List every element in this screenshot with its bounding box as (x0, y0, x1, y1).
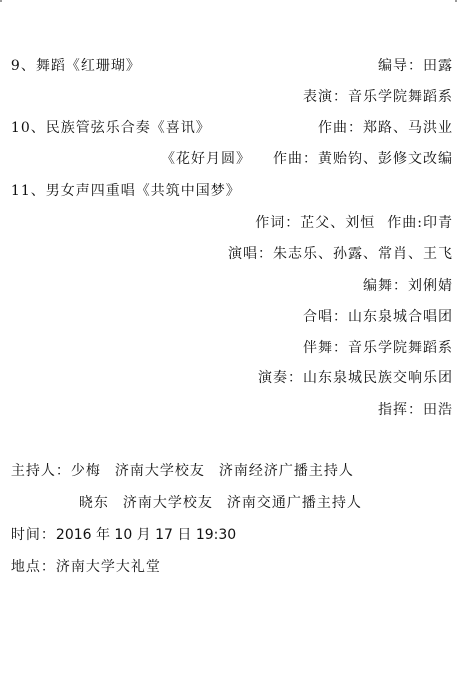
program-item-11-choreographer: 编舞：刘俐婧 (0, 256, 453, 276)
host-row-2: 晓东济南大学校友济南交通广播主持人 (0, 473, 457, 493)
program-item-9-performer: 表演：音乐学院舞蹈系 (0, 67, 453, 87)
credit-label: 指挥： (378, 400, 423, 420)
program-item-10-sub-piece: 《花好月圆》作曲：黄贻钧、彭修文改编 (0, 129, 453, 149)
program-item-11-orchestra: 演奏：山东泉城民族交响乐团 (0, 348, 453, 368)
venue-value: 济南大学大礼堂 (56, 557, 161, 577)
program-item-11-heading: 11、男女声四重唱《共筑中国梦》 (0, 161, 453, 181)
program-item-9-choreographer: 编导：田露 (0, 36, 453, 56)
event-time: 时间：2016 年 10 月 17 日 19:30 (0, 505, 453, 525)
program-item-11-conductor: 指挥：田浩 (0, 380, 453, 400)
host-row-1: 主持人：少梅济南大学校友济南经济广播主持人 (0, 441, 453, 461)
program-item-11-lyrics-music: 作词：芷父、刘恒作曲:印青 (0, 193, 453, 213)
program-item-11-dancers: 伴舞：音乐学院舞蹈系 (0, 318, 453, 338)
event-venue: 地点：济南大学大礼堂 (0, 537, 453, 557)
credit-value: 田浩 (423, 400, 453, 420)
venue-label: 地点： (11, 557, 56, 577)
page-corner-mark-left (0, 0, 2, 2)
program-item-10-composer: 作曲：郑路、马洪业 (0, 98, 453, 118)
program-item-11-singers: 演唱：朱志乐、孙露、常肖、王飞 (0, 224, 453, 244)
program-item-11-chorus: 合唱：山东泉城合唱团 (0, 287, 453, 307)
